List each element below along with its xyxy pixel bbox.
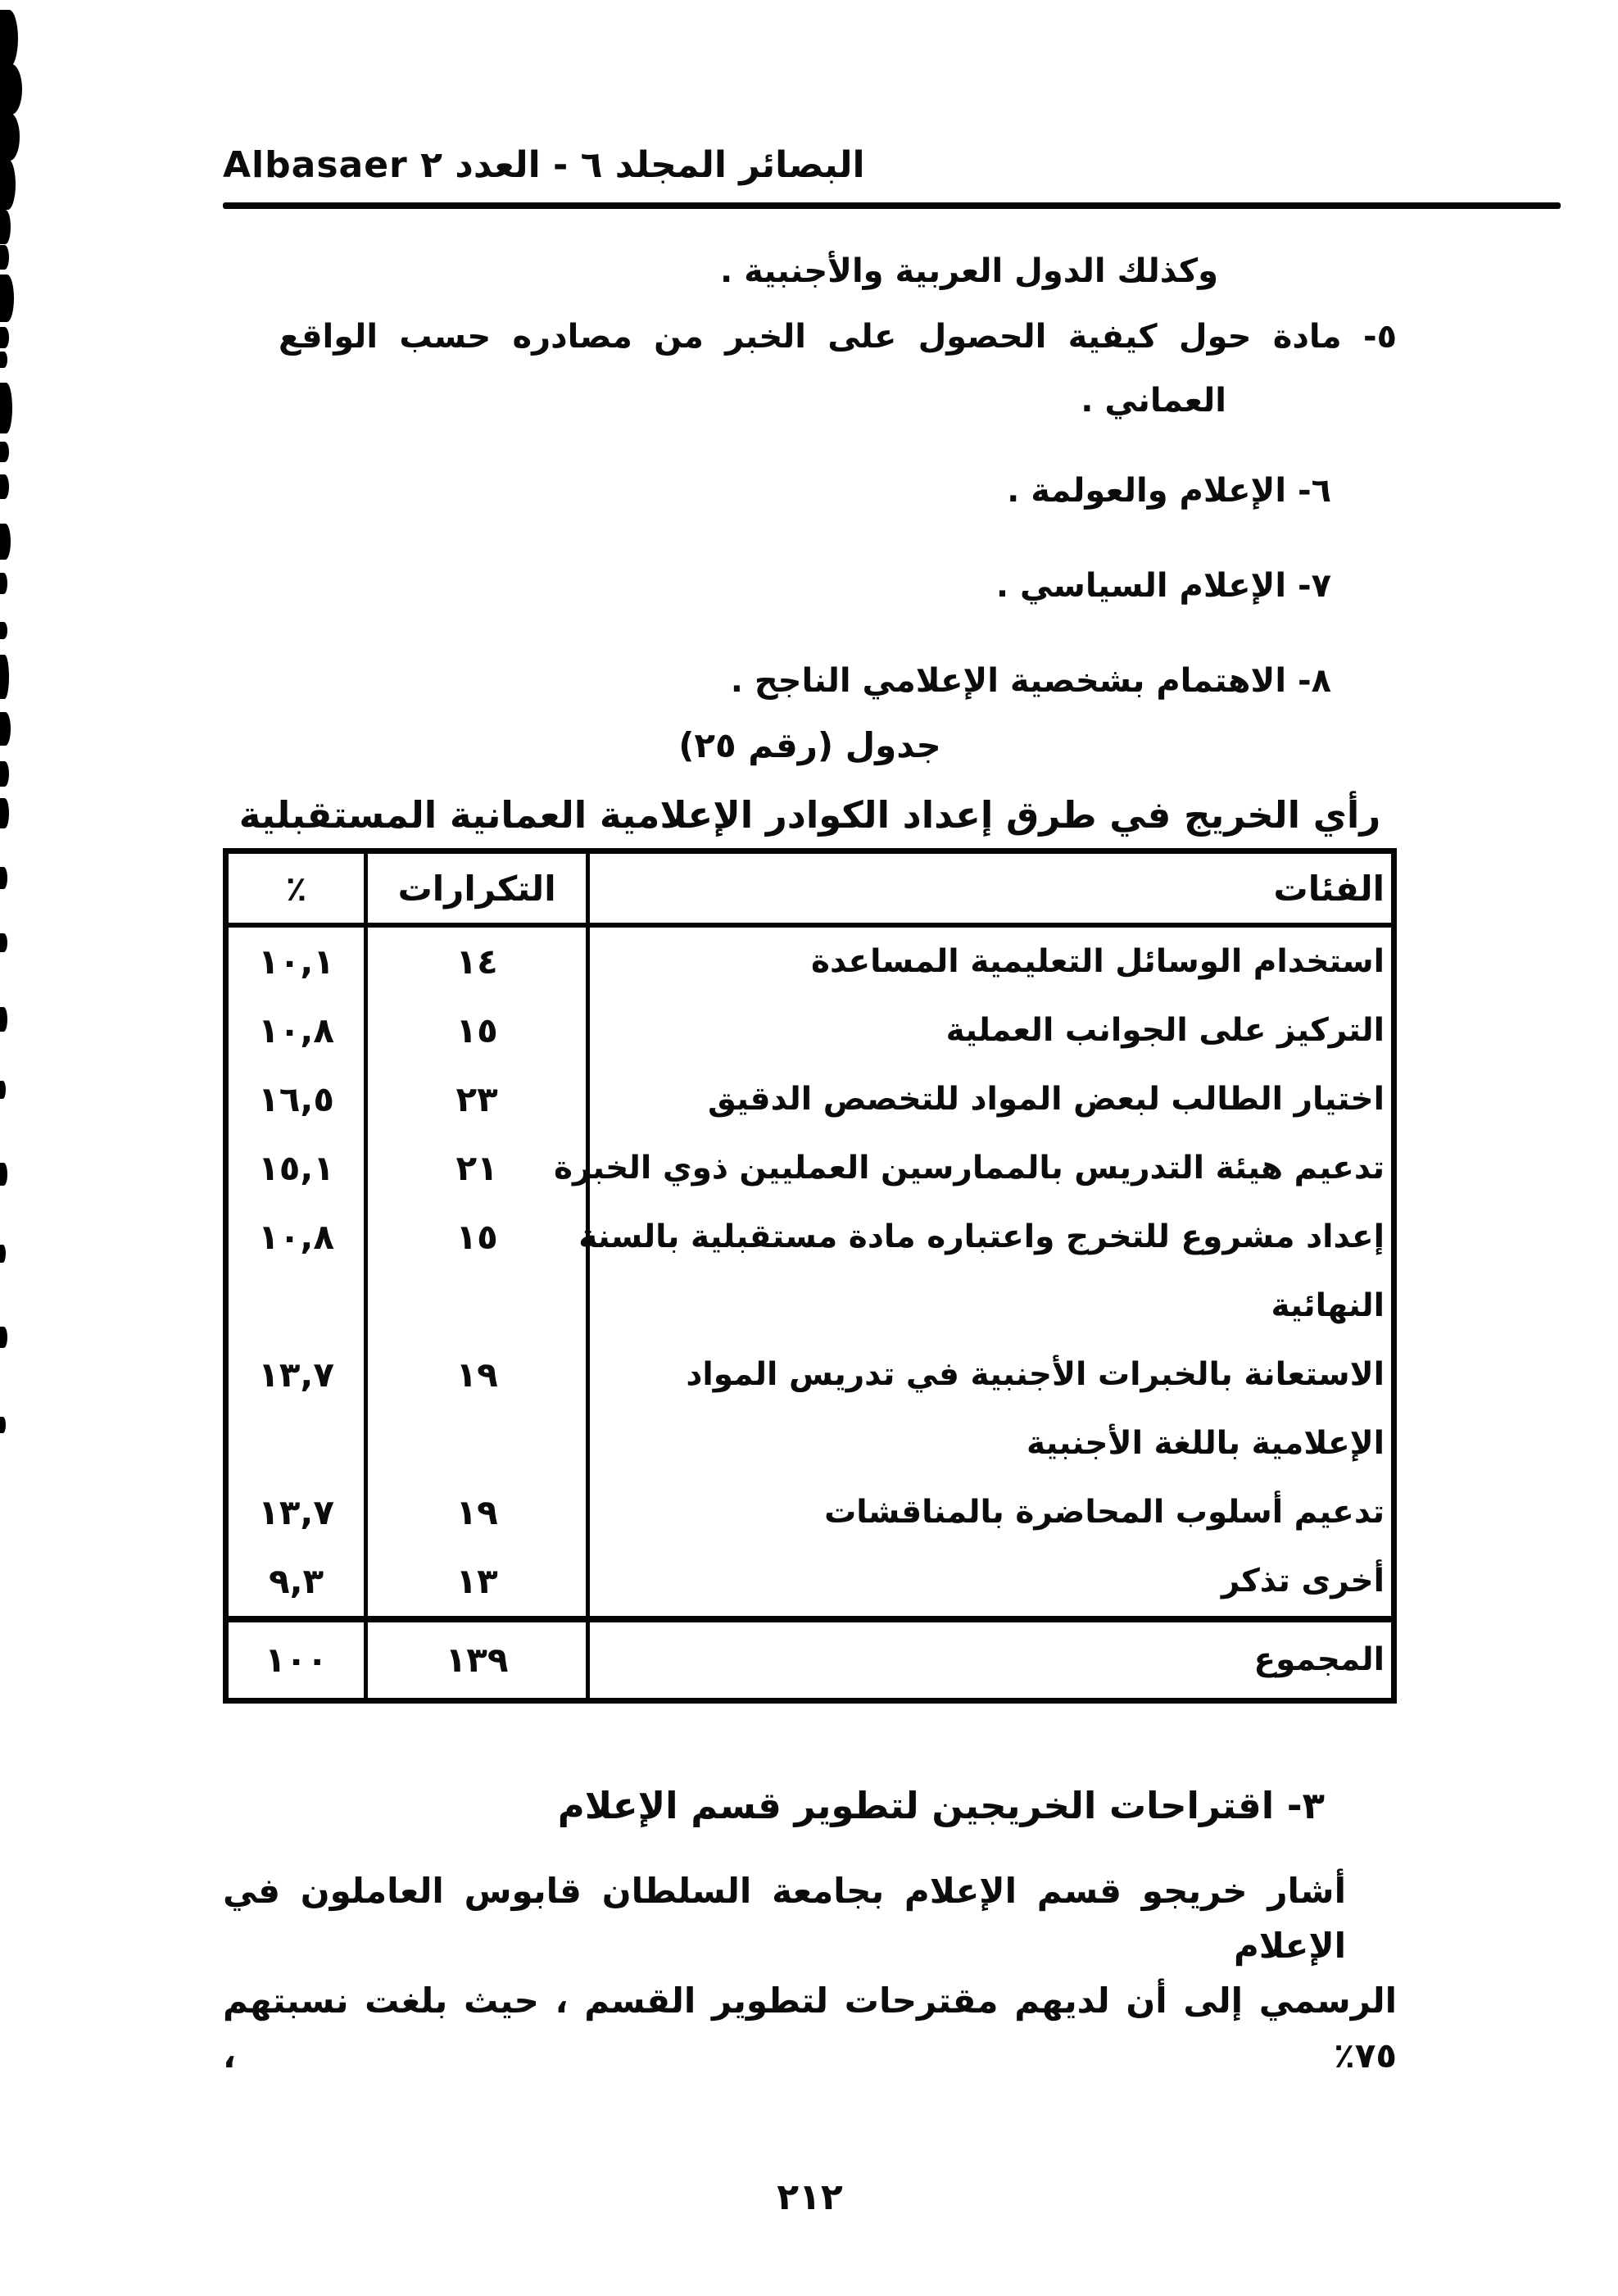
scan-artifact-blob (0, 383, 12, 433)
page-number: ٢١٢ (223, 2175, 1397, 2221)
scan-artifact-blob (0, 524, 11, 560)
scan-artifact-blob (0, 622, 7, 639)
intro-item-8: ٨- الاهتمام بشخصية الإعلامي الناجح . (223, 660, 1331, 702)
category-cell: الاستعانة بالخبرات الأجنبية في تدريس الم… (588, 1341, 1394, 1478)
category-cell: التركيز على الجوانب العملية (588, 996, 1394, 1065)
section-3-paragraph-line-1: أشار خريجو قسم الإعلام بجامعة السلطان قا… (223, 1863, 1397, 1973)
frequency-cell: ١٥ (366, 996, 588, 1065)
scan-artifact-blob (0, 1417, 6, 1433)
percent-cell: ١٠,١ (226, 925, 366, 996)
frequency-cell: ١٥ (366, 1203, 588, 1341)
table-total-row: المجموع ١٣٩ ١٠٠ (226, 1619, 1394, 1701)
scan-artifact-blob (0, 327, 9, 348)
frequency-cell: ١٤ (366, 925, 588, 996)
table-header-row: الفئات التكرارات ٪ (226, 851, 1394, 926)
scan-artifact-blob (0, 1081, 6, 1099)
section-3-heading: ٣- اقتراحات الخريجين لتطوير قسم الإعلام (223, 1781, 1325, 1831)
scan-artifact-blob (0, 474, 9, 499)
table-row: استخدام الوسائل التعليمية المساعدة ١٤ ١٠… (226, 925, 1394, 996)
category-cell: استخدام الوسائل التعليمية المساعدة (588, 925, 1394, 996)
percent-cell: ١٣,٧ (226, 1341, 366, 1478)
total-label-cell: المجموع (588, 1619, 1394, 1701)
column-header-category: الفئات (588, 851, 1394, 926)
category-cell: اختيار الطالب لبعض المواد للتخصص الدقيق (588, 1065, 1394, 1134)
percent-cell: ١٦,٥ (226, 1065, 366, 1134)
category-cell: تدعيم هيئة التدريس بالممارسين العمليين ذ… (588, 1134, 1394, 1203)
scan-artifact-blob (0, 113, 20, 161)
scan-artifact-blob (0, 210, 11, 244)
scan-artifact-blob (0, 573, 7, 594)
intro-continuation-line: وكذلك الدول العربية والأجنبية . (223, 250, 1218, 293)
scan-artifact-blob (0, 10, 18, 67)
percent-cell: ١٣,٧ (226, 1478, 366, 1547)
table-row: الاستعانة بالخبرات الأجنبية في تدريس الم… (226, 1341, 1394, 1478)
frequency-cell: ١٩ (366, 1478, 588, 1547)
scan-artifact-blob (0, 712, 11, 746)
frequency-table: الفئات التكرارات ٪ استخدام الوسائل التعل… (223, 848, 1397, 1704)
table-row: تدعيم أسلوب المحاضرة بالمناقشات ١٩ ١٣,٧ (226, 1478, 1394, 1547)
percent-cell: ١٠,٨ (226, 1203, 366, 1341)
scan-artifact-blob (0, 1163, 7, 1186)
percent-cell: ١٥,١ (226, 1134, 366, 1203)
scan-artifact-blob (0, 245, 9, 270)
table-row: اختيار الطالب لبعض المواد للتخصص الدقيق … (226, 1065, 1394, 1134)
total-percent-cell: ١٠٠ (226, 1619, 366, 1701)
intro-item-5: ٥- مادة حول كيفية الحصول على الخبر من مص… (279, 315, 1397, 358)
table-caption-title: رأي الخريج في طرق إعداد الكوادر الإعلامي… (223, 792, 1397, 838)
scan-artifact-blob (0, 867, 7, 889)
intro-item-6: ٦- الإعلام والعولمة . (223, 470, 1331, 512)
percent-cell: ٩,٣ (226, 1547, 366, 1619)
scan-artifact-blob (0, 1007, 7, 1032)
column-header-percent: ٪ (226, 851, 366, 926)
scan-artifact-blob (0, 1245, 6, 1263)
table-row: أخرى تذكر ١٣ ٩,٣ (226, 1547, 1394, 1619)
intro-item-7: ٧- الإعلام السياسي . (223, 565, 1331, 607)
page-content: البصائر المجلد ٦ - العدد ٢ Albasaer وكذل… (223, 0, 1397, 2221)
header-rule (223, 202, 1561, 209)
percent-cell: ١٠,٨ (226, 996, 366, 1065)
journal-running-head: البصائر المجلد ٦ - العدد ٢ Albasaer (223, 141, 1397, 190)
category-cell: أخرى تذكر (588, 1547, 1394, 1619)
scan-artifact-blob (0, 798, 9, 828)
frequency-cell: ١٣ (366, 1547, 588, 1619)
table-caption-number: جدول (رقم ٢٥) (223, 724, 1397, 768)
frequency-cell: ١٩ (366, 1341, 588, 1478)
table-row: تدعيم هيئة التدريس بالممارسين العمليين ذ… (226, 1134, 1394, 1203)
scan-artifact-blob (0, 159, 16, 210)
scan-artifact-blob (0, 933, 7, 952)
scan-artifact-blob (0, 761, 9, 787)
intro-item-5-tail: العماني . (223, 379, 1226, 422)
column-header-frequency: التكرارات (366, 851, 588, 926)
total-frequency-cell: ١٣٩ (366, 1619, 588, 1701)
scan-artifact-blob (0, 352, 7, 368)
scan-artifact-blob (0, 655, 9, 699)
table-row: التركيز على الجوانب العملية ١٥ ١٠,٨ (226, 996, 1394, 1065)
intro-list: وكذلك الدول العربية والأجنبية . ٥- مادة … (223, 250, 1397, 702)
scan-artifact-blob (0, 64, 22, 115)
category-cell: تدعيم أسلوب المحاضرة بالمناقشات (588, 1478, 1394, 1547)
section-3-paragraph-line-2: الرسمي إلى أن لديهم مقترحات لتطوير القسم… (223, 1973, 1397, 2083)
table-row: إعداد مشروع للتخرج واعتباره مادة مستقبلي… (226, 1203, 1394, 1341)
category-cell: إعداد مشروع للتخرج واعتباره مادة مستقبلي… (588, 1203, 1394, 1341)
frequency-cell: ٢٣ (366, 1065, 588, 1134)
scan-artifact-blob (0, 442, 9, 462)
scan-artifact-blob (0, 275, 14, 322)
scan-artifact-blob (0, 1327, 7, 1348)
scanned-journal-page: البصائر المجلد ٦ - العدد ٢ Albasaer وكذل… (0, 0, 1618, 2296)
